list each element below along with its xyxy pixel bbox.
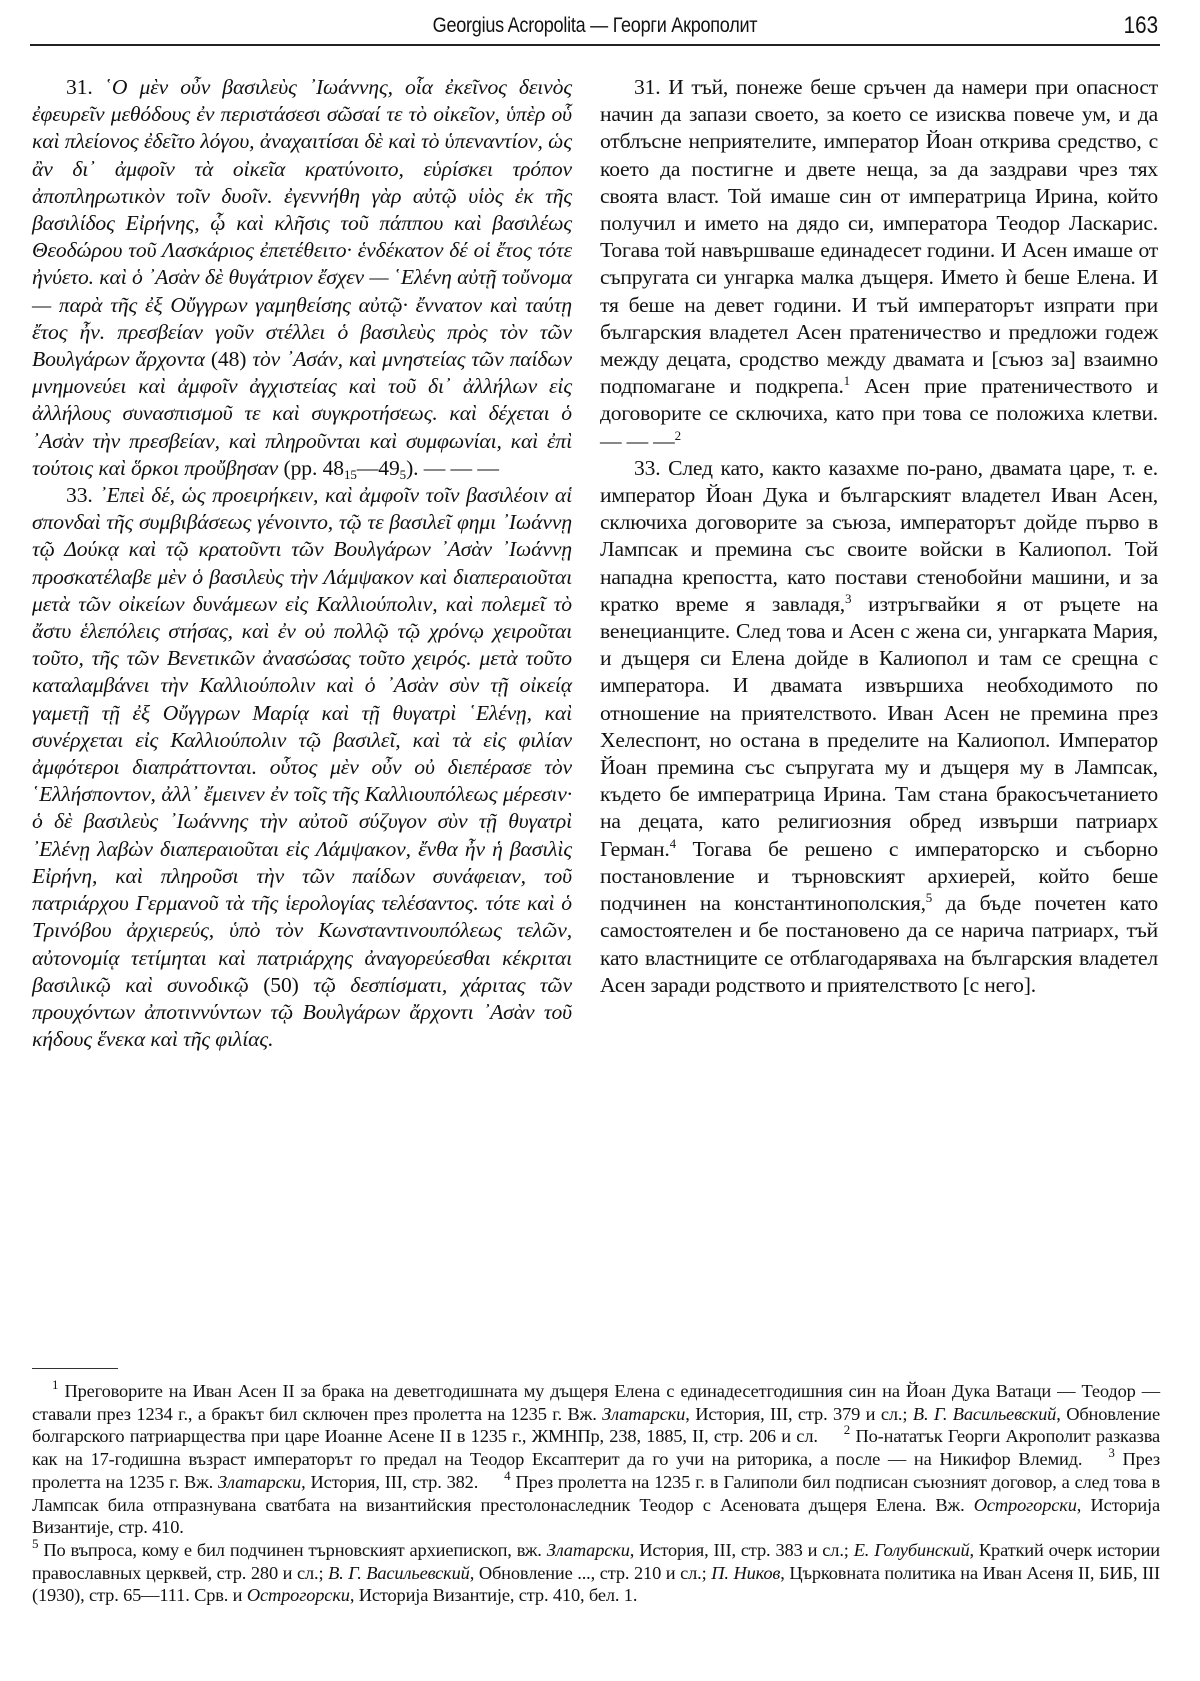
footnote-5-text: По въпроса, кому е бил подчинен търновск… [43, 1540, 541, 1560]
bulgarian-paragraph-31: 31. И тъй, понеже беше сръчен да намери … [600, 74, 1158, 455]
footnote-divider [32, 1368, 118, 1369]
footnote-ref-2[interactable]: 2 [675, 428, 681, 443]
author-name: Е. Голубинский [854, 1540, 970, 1560]
greek-text-column: 31. ῾Ο μὲν οὖν βασιλεὺς ᾿Ιωάννης, οἷα ἐκ… [32, 74, 572, 1053]
section-number: 31. [66, 75, 93, 99]
page-number: 163 [1124, 12, 1158, 40]
greek-text: ῾Ο μὲν οὖν βασιλεὺς ᾿Ιωάννης, οἷα ἐκεῖνο… [32, 75, 572, 371]
author-name: П. Ников [711, 1563, 780, 1583]
section-number: 33. [634, 456, 660, 480]
translation-text: И тъй, понеже беше сръчен да намери при … [600, 75, 1158, 398]
author-name: Острогорски [247, 1585, 350, 1605]
footnote-mark-3: 3 [1108, 1445, 1114, 1460]
footnote-mark-2: 2 [844, 1422, 850, 1437]
author-name: Острогорски [974, 1495, 1077, 1515]
page-reference: (50) [263, 973, 299, 997]
footnote-5-text: , Историја Византије, стр. 410, бел. 1. [350, 1585, 637, 1605]
author-name: Златарски [218, 1472, 301, 1492]
page-reference: (48) [211, 347, 247, 371]
footnote-mark-1: 1 [52, 1377, 58, 1392]
greek-paragraph-31: 31. ῾Ο μὲν οὖν βασιλεὺς ᾿Ιωάννης, οἷα ἐκ… [32, 74, 572, 482]
footnote-5: 5 По въпроса, кому е бил подчинен търнов… [32, 1539, 1160, 1607]
bulgarian-translation-column: 31. И тъй, понеже беше сръчен да намери … [600, 74, 1158, 999]
section-number: 31. [634, 75, 660, 99]
footnotes-section: 1 Преговорите на Иван Асен II за брака н… [32, 1380, 1160, 1607]
greek-text: ᾿Επεὶ δέ, ὡς προειρήκειν, καὶ ἀμφοῖν τοῖ… [32, 483, 572, 997]
greek-paragraph-33: 33. ᾿Επεὶ δέ, ὡς προειρήκειν, καὶ ἀμφοῖν… [32, 482, 572, 1053]
author-name: Златарски [602, 1404, 685, 1424]
footnote-1-text: , История, III, стр. 379 и сл.; [685, 1404, 907, 1424]
running-title: Georgius Acropolita — Георги Акрополит [109, 14, 1081, 38]
bulgarian-paragraph-33: 33. След като, както казахме по-рано, дв… [600, 455, 1158, 999]
footnote-mark-4: 4 [504, 1468, 510, 1483]
footnote-ref-1[interactable]: 1 [844, 373, 850, 388]
footnote-5-text: , Обновление ..., стр. 210 и сл.; [470, 1563, 707, 1583]
footnote-mark-5: 5 [32, 1536, 38, 1551]
footnote-3-text: , История, III, стр. 382. [301, 1472, 478, 1492]
footnote-5-text: , История, III, стр. 383 и сл.; [630, 1540, 849, 1560]
footnote-ref-4[interactable]: 4 [670, 836, 676, 851]
running-header: Georgius Acropolita — Георги Акрополит 1… [30, 8, 1160, 46]
author-name: Златарски [547, 1540, 630, 1560]
author-name: В. Г. Васильевский [913, 1404, 1056, 1424]
footnote-ref-5[interactable]: 5 [926, 890, 932, 905]
section-number: 33. [66, 483, 93, 507]
author-name: В. Г. Васильевский [328, 1563, 470, 1583]
translation-text: изтръгвайки я от ръцете на венецианците.… [600, 592, 1158, 861]
footnote-ref-3[interactable]: 3 [845, 591, 851, 606]
footnotes-block: 1 Преговорите на Иван Асен II за брака н… [32, 1380, 1160, 1539]
source-citation: (pp. 4815—495). — — — [283, 456, 498, 480]
